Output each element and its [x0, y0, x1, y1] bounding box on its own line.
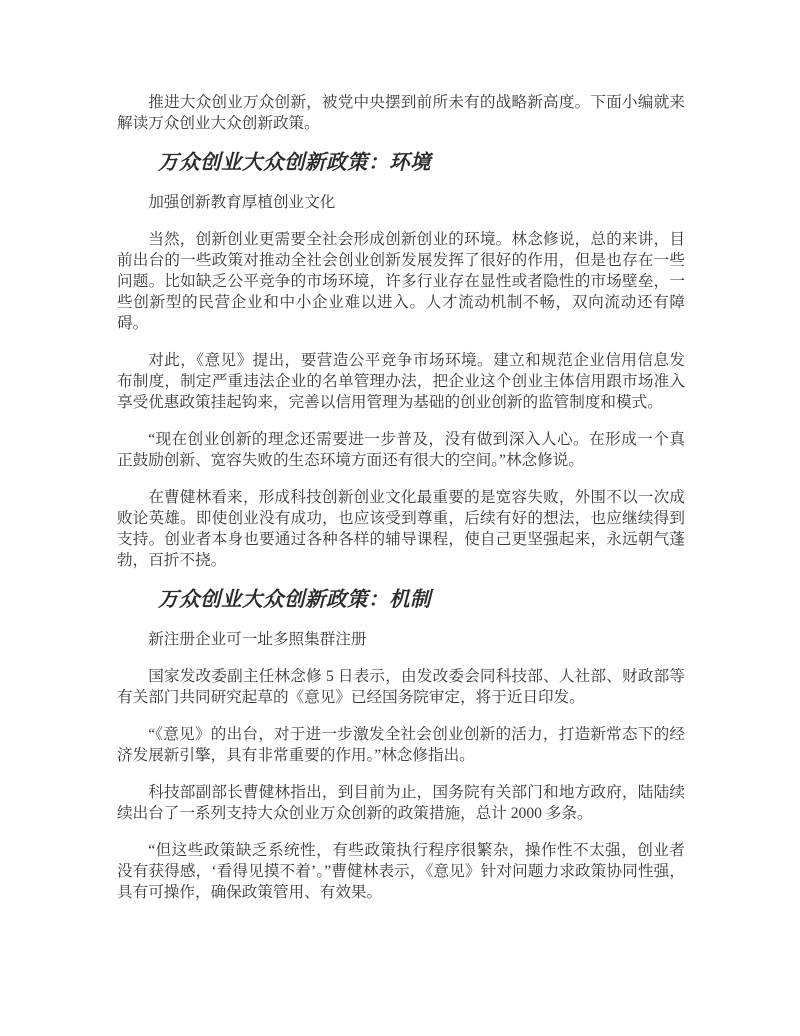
paragraph-environment-issues: 当然，创新创业更需要全社会形成创新创业的环境。林念修说，总的来讲，目前出台的一些…: [117, 229, 685, 334]
subheading-education-culture: 加强创新教育厚植创业文化: [117, 192, 685, 213]
paragraph-quote-policy-critique: “但这些政策缺乏系统性，有些政策执行程序很繁杂，操作性不太强，创业者没有获得感，…: [117, 840, 685, 903]
paragraph-quote-lin-nianxiu: “现在创业创新的理念还需要进一步普及，没有做到深入人心。在形成一个真正鼓励创新、…: [117, 429, 685, 471]
paragraph-cao-jianlin-tolerance: 在曹健林看来，形成科技创新创业文化最重要的是宽容失败，外围不以一次成败论英雄。即…: [117, 487, 685, 571]
section-heading-mechanism: 万众创业大众创新政策：机制: [117, 587, 685, 613]
paragraph-fair-market-measures: 对此，《意见》提出，要营造公平竞争市场环境。建立和规范企业信用信息发布制度，制定…: [117, 350, 685, 413]
intro-paragraph: 推进大众创业万众创新，被党中央摆到前所未有的战略新高度。下面小编就来解读万众创业…: [117, 92, 685, 134]
paragraph-policies-2000: 科技部副部长曹健林指出，到目前为止，国务院有关部门和地方政府，陆陆续续出台了一系…: [117, 782, 685, 824]
section-heading-environment: 万众创业大众创新政策：环境: [117, 150, 685, 176]
document-page: 推进大众创业万众创新，被党中央摆到前所未有的战略新高度。下面小编就来解读万众创业…: [0, 0, 800, 1036]
paragraph-quote-new-engine: “《意见》的出台，对于进一步激发全社会创业创新的活力，打造新常态下的经济发展新引…: [117, 724, 685, 766]
paragraph-ndrc-announcement: 国家发改委副主任林念修 5 日表示，由发改委会同科技部、人社部、财政部等有关部门…: [117, 666, 685, 708]
subheading-cluster-registration: 新注册企业可一址多照集群注册: [117, 629, 685, 650]
